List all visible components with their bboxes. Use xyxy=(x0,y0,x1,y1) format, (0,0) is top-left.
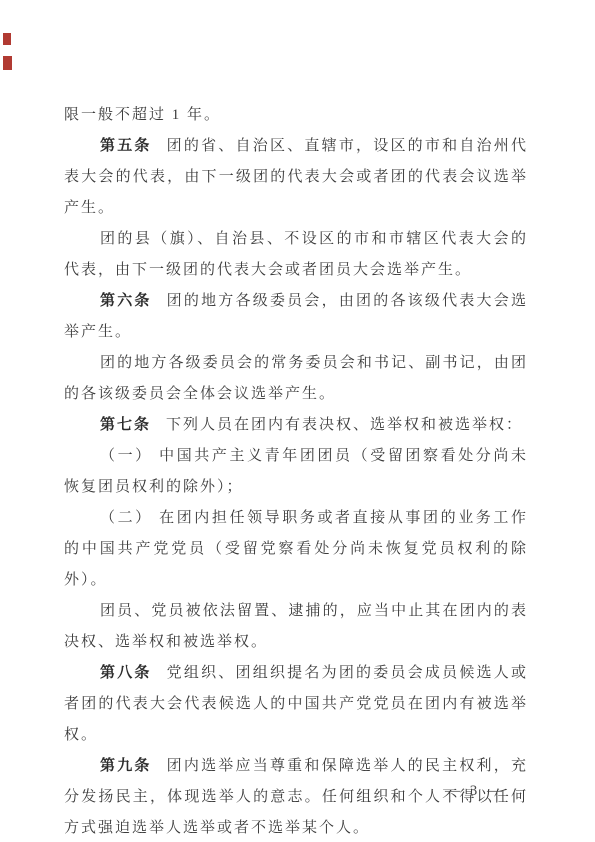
article-number: 第九条 xyxy=(100,758,152,774)
article-number: 第五条 xyxy=(100,138,152,154)
paragraph: 团的县（旗）、自治县、不设区的市和市辖区代表大会的代表，由下一级团的代表大会或者… xyxy=(64,224,528,286)
paragraph: （一） 中国共产主义青年团团员（受留团察看处分尚未恢复团员权利的除外）； xyxy=(64,441,528,503)
paragraph: 第八条党组织、团组织提名为团的委员会成员候选人或者团的代表大会代表候选人的中国共… xyxy=(64,658,528,751)
document-content: 限一般不超过 1 年。第五条团的省、自治区、直辖市，设区的市和自治州代表大会的代… xyxy=(64,100,528,842)
scanned-document-page: 限一般不超过 1 年。第五条团的省、自治区、直辖市，设区的市和自治州代表大会的代… xyxy=(0,0,595,842)
paragraph: 第六条团的地方各级委员会，由团的各该级代表大会选举产生。 xyxy=(64,286,528,348)
page-number: — 3 — xyxy=(445,783,505,800)
paragraph: 第七条下列人员在团内有表决权、选举权和被选举权： xyxy=(64,410,528,441)
article-number: 第六条 xyxy=(100,293,152,309)
article-number: 第七条 xyxy=(100,417,151,433)
scan-artifact-mark-top xyxy=(3,33,11,45)
paragraph: （二） 在团内担任领导职务或者直接从事团的业务工作的中国共产党党员（受留党察看处… xyxy=(64,503,528,596)
paragraph: 团的地方各级委员会的常务委员会和书记、副书记，由团的各该级委员会全体会议选举产生… xyxy=(64,348,528,410)
scan-artifact-mark-bottom xyxy=(3,56,12,70)
paragraph: 限一般不超过 1 年。 xyxy=(64,100,528,131)
paragraph: 团员、党员被依法留置、逮捕的，应当中止其在团内的表决权、选举权和被选举权。 xyxy=(64,596,528,658)
article-number: 第八条 xyxy=(100,665,152,681)
paragraph: 第五条团的省、自治区、直辖市，设区的市和自治州代表大会的代表，由下一级团的代表大… xyxy=(64,131,528,224)
